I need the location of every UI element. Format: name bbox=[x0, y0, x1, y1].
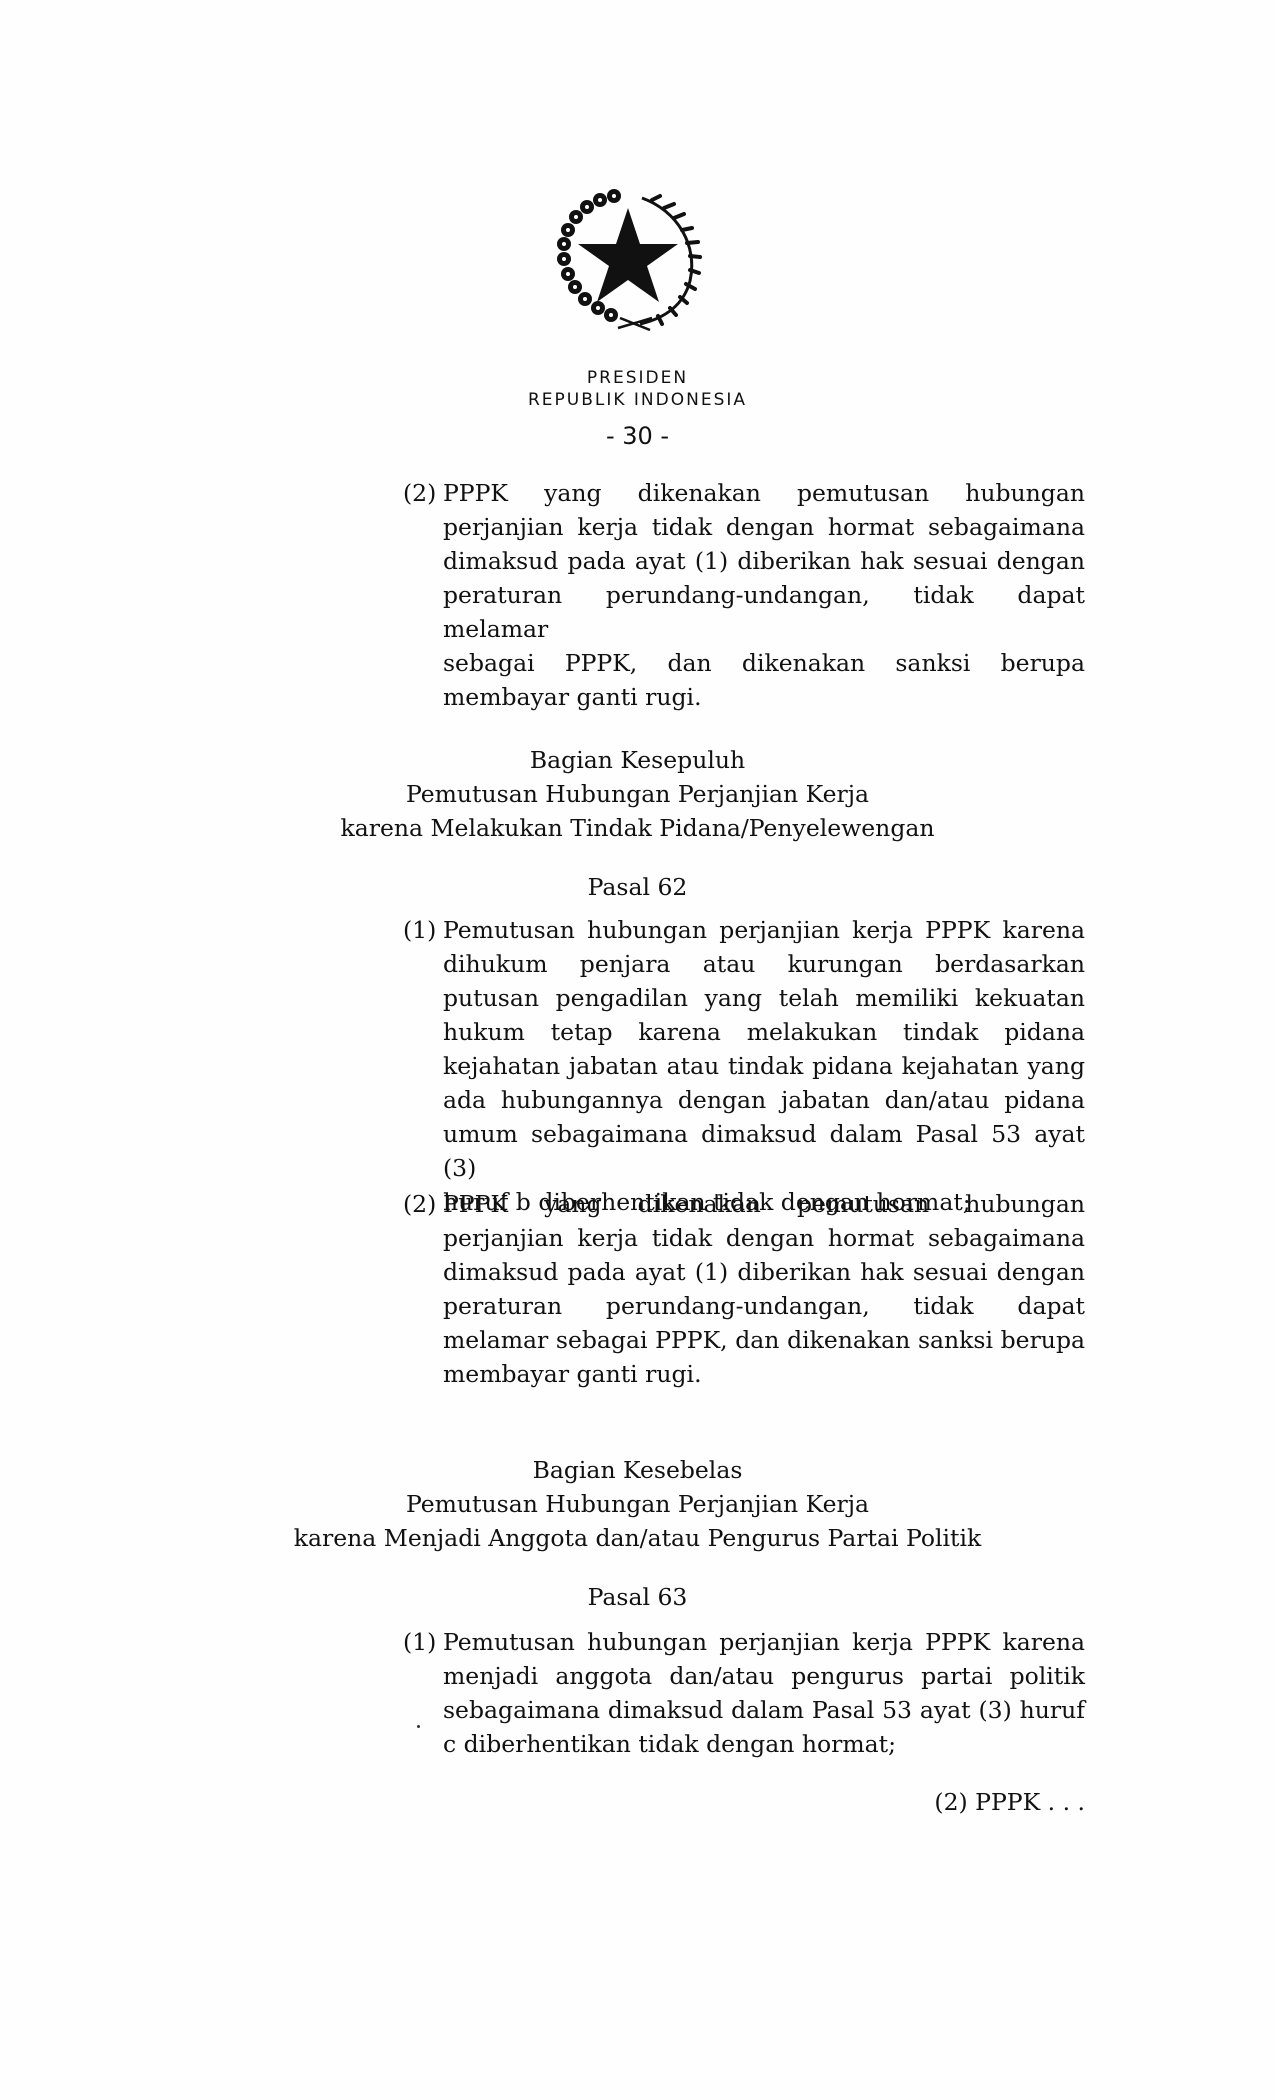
text-line: Pemutusan hubungan perjanjian kerja PPPK… bbox=[443, 1625, 1085, 1659]
text-line: PPPK yang dikenakan pemutusan hubungan bbox=[443, 1187, 1085, 1221]
item-text: Pemutusan hubungan perjanjian kerja PPPK… bbox=[443, 1625, 1085, 1761]
section-title: karena Menjadi Anggota dan/atau Pengurus… bbox=[0, 1521, 1275, 1555]
item-number: (1) bbox=[403, 913, 436, 947]
item-text: PPPK yang dikenakan pemutusan hubungan p… bbox=[443, 1187, 1085, 1391]
text-line: Pemutusan hubungan perjanjian kerja PPPK… bbox=[443, 913, 1085, 947]
list-item: (1) Pemutusan hubungan perjanjian kerja … bbox=[403, 1625, 1085, 1761]
list-item: (2) PPPK yang dikenakan pemutusan hubung… bbox=[403, 476, 1085, 714]
text-line: umum sebagaimana dimaksud dalam Pasal 53… bbox=[443, 1117, 1085, 1185]
header-title-president: PRESIDEN bbox=[0, 368, 1275, 388]
section-title: Pemutusan Hubungan Perjanjian Kerja bbox=[0, 1487, 1275, 1521]
text-line: peraturan perundang-undangan, tidak dapa… bbox=[443, 578, 1085, 646]
text-line: peraturan perundang-undangan, tidak dapa… bbox=[443, 1289, 1085, 1323]
list-item: (1) Pemutusan hubungan perjanjian kerja … bbox=[403, 913, 1085, 1219]
text-line: hukum tetap karena melakukan tindak pida… bbox=[443, 1015, 1085, 1049]
item-text: Pemutusan hubungan perjanjian kerja PPPK… bbox=[443, 913, 1085, 1219]
text-line: dimaksud pada ayat (1) diberikan hak ses… bbox=[443, 544, 1085, 578]
page-continuation: (2) PPPK . . . bbox=[934, 1788, 1085, 1816]
text-line: c diberhentikan tidak dengan hormat; bbox=[443, 1727, 1085, 1761]
page-number: - 30 - bbox=[0, 422, 1275, 450]
section-part-heading: Bagian Kesebelas bbox=[0, 1453, 1275, 1487]
text-line: putusan pengadilan yang telah memiliki k… bbox=[443, 981, 1085, 1015]
text-line: dihukum penjara atau kurungan berdasarka… bbox=[443, 947, 1085, 981]
text-line: perjanjian kerja tidak dengan hormat seb… bbox=[443, 1221, 1085, 1255]
text-line: PPPK yang dikenakan pemutusan hubungan bbox=[443, 476, 1085, 510]
item-number: (2) bbox=[403, 1187, 436, 1221]
text-line: perjanjian kerja tidak dengan hormat seb… bbox=[443, 510, 1085, 544]
document-page: PRESIDEN REPUBLIK INDONESIA - 30 - (2) P… bbox=[0, 0, 1275, 2100]
article-heading: Pasal 63 bbox=[0, 1580, 1275, 1614]
text-line: dimaksud pada ayat (1) diberikan hak ses… bbox=[443, 1255, 1085, 1289]
text-line: membayar ganti rugi. bbox=[443, 1357, 1085, 1391]
text-line: sebagaimana dimaksud dalam Pasal 53 ayat… bbox=[443, 1693, 1085, 1727]
text-line: menjadi anggota dan/atau pengurus partai… bbox=[443, 1659, 1085, 1693]
presidential-star-emblem-icon bbox=[548, 186, 708, 336]
text-line: melamar sebagai PPPK, dan dikenakan sank… bbox=[443, 1323, 1085, 1357]
item-number: (1) bbox=[403, 1625, 436, 1659]
item-number: (2) bbox=[403, 476, 436, 510]
text-line: membayar ganti rugi. bbox=[443, 680, 1085, 714]
section-title: Pemutusan Hubungan Perjanjian Kerja bbox=[0, 777, 1275, 811]
text-line: sebagai PPPK, dan dikenakan sanksi berup… bbox=[443, 646, 1085, 680]
section-title: karena Melakukan Tindak Pidana/Penyelewe… bbox=[0, 811, 1275, 845]
text-line: kejahatan jabatan atau tindak pidana kej… bbox=[443, 1049, 1085, 1083]
text-line: ada hubungannya dengan jabatan dan/atau … bbox=[443, 1083, 1085, 1117]
item-text: PPPK yang dikenakan pemutusan hubungan p… bbox=[443, 476, 1085, 714]
list-item: (2) PPPK yang dikenakan pemutusan hubung… bbox=[403, 1187, 1085, 1391]
article-heading: Pasal 62 bbox=[0, 870, 1275, 904]
section-part-heading: Bagian Kesepuluh bbox=[0, 743, 1275, 777]
header-title-republic: REPUBLIK INDONESIA bbox=[0, 390, 1275, 410]
scan-speck bbox=[417, 1725, 420, 1728]
